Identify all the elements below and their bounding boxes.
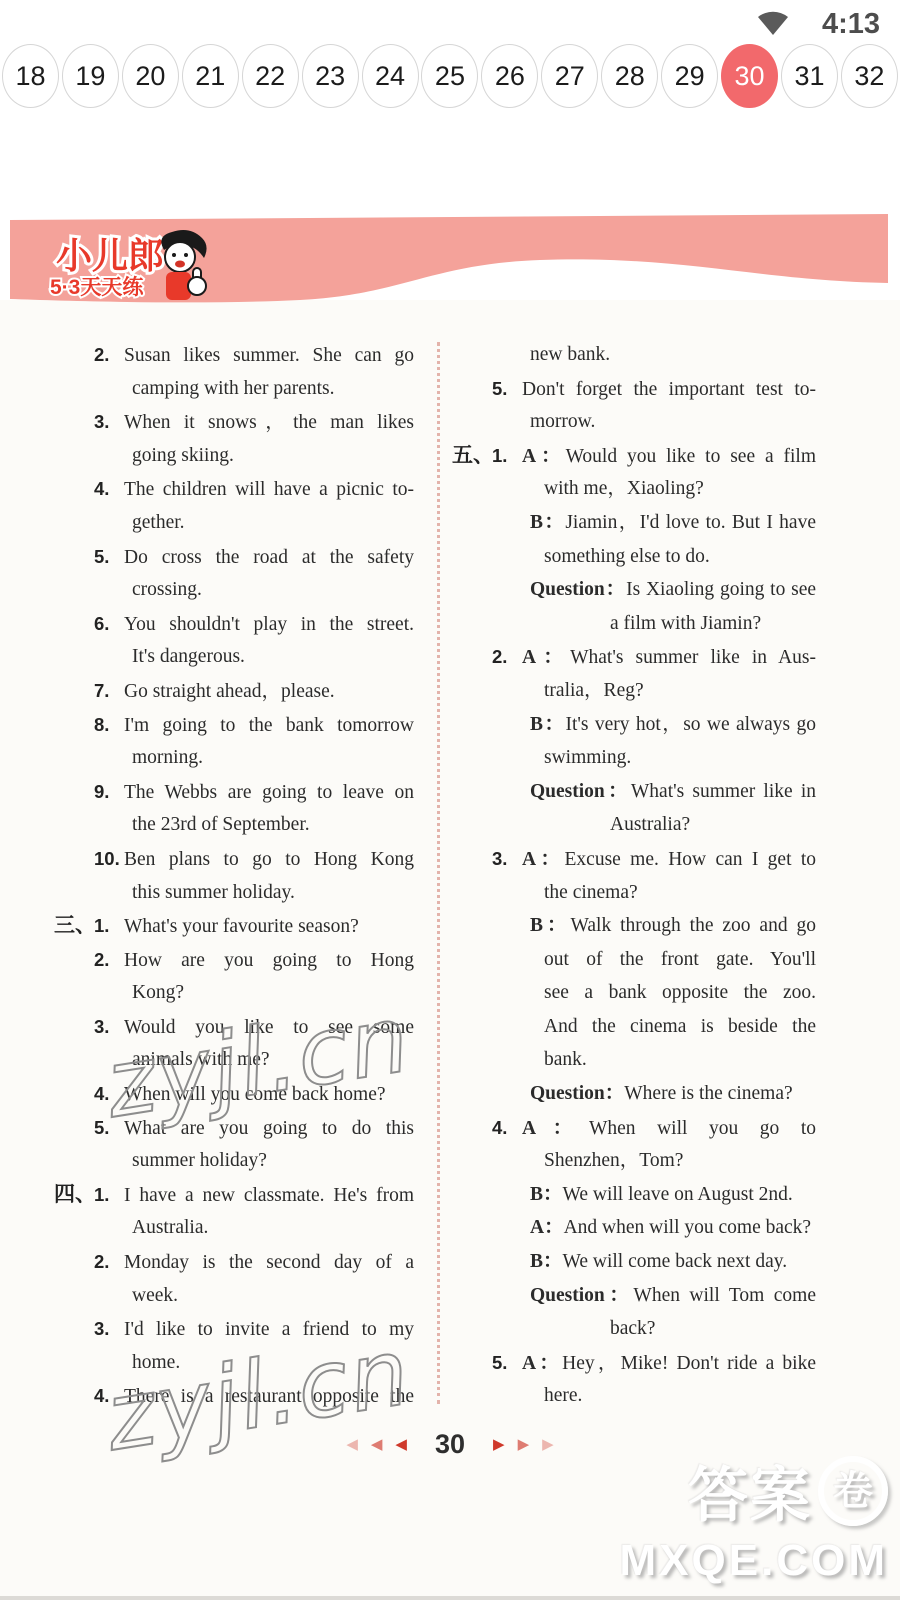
mascot-icon — [161, 230, 206, 300]
answer-line: camping with her parents. — [54, 372, 414, 406]
answer-line: Question：Is Xiaoling going to see — [452, 573, 816, 607]
watermark-zyjl: zyjl.cn — [100, 985, 460, 1165]
next-pages-icon[interactable]: ▶ ▶ ▶ — [493, 1435, 554, 1453]
answer-line: 五、1.A：Would you like to see a film — [452, 439, 816, 473]
page-25-button[interactable]: 25 — [421, 44, 478, 108]
answer-line: gether. — [54, 506, 414, 540]
answer-text: the cinema? — [522, 876, 816, 910]
answer-line: 6.You shouldn't play in the street. — [54, 607, 414, 641]
answer-line: 4.The children will have a picnic to- — [54, 472, 414, 506]
answer-line: 8.I'm going to the bank tomorrow — [54, 708, 414, 742]
answer-line: Australia. — [54, 1211, 414, 1245]
answer-text: something else to do. — [522, 540, 816, 574]
answer-line: It's dangerous. — [54, 640, 414, 674]
answer-text: bank. — [522, 1043, 816, 1077]
answer-line: 四、1.I have a new classmate. He's from — [54, 1178, 414, 1212]
speaker-label: A： — [522, 1353, 562, 1374]
speaker-label: B： — [530, 512, 565, 533]
section-marker: 五、 — [452, 439, 492, 473]
answer-line: Shenzhen，Tom? — [452, 1144, 816, 1178]
speaker-label: A： — [522, 849, 565, 870]
watermark-zyjl: zyjl.cn — [100, 1318, 460, 1498]
speaker-label: Question： — [530, 781, 631, 802]
answer-line: B：Jiamin，I'd love to. But I have — [452, 506, 816, 540]
answers-column-right: new bank.5.Don't forget the important te… — [452, 338, 816, 1413]
answer-line: 2.A：What's summer like in Aus- — [452, 640, 816, 674]
answer-text: The children will have a picnic to- — [124, 473, 414, 507]
speaker-label: A： — [522, 1118, 589, 1139]
item-number: 2. — [94, 1245, 124, 1279]
item-number: 1. — [492, 439, 522, 473]
item-number: 5. — [492, 372, 522, 406]
answer-text: tralia，Reg? — [522, 674, 816, 708]
item-number: 3. — [94, 405, 124, 439]
answer-text: A：Excuse me. How can I get to — [522, 843, 816, 877]
answer-text: Shenzhen，Tom? — [522, 1144, 816, 1178]
answer-text: B：It's very hot，so we always go — [522, 708, 816, 742]
answer-line: 3.A：Excuse me. How can I get to — [452, 842, 816, 876]
page-24-button[interactable]: 24 — [362, 44, 419, 108]
answer-line: with me，Xiaoling? — [452, 472, 816, 506]
page-23-button[interactable]: 23 — [302, 44, 359, 108]
answer-text: The Webbs are going to leave on — [124, 776, 414, 810]
answer-line: Australia? — [452, 808, 816, 842]
site-name: 答案 — [688, 1462, 812, 1529]
answer-text: B：We will come back next day. — [522, 1245, 816, 1279]
answer-text: How are you going to Hong — [124, 944, 414, 978]
item-number: 6. — [94, 607, 124, 641]
page-31-button[interactable]: 31 — [781, 44, 838, 108]
brand-logo: 小儿郎 5·3天天练 — [48, 228, 268, 308]
answer-text: You shouldn't play in the street. — [124, 608, 414, 642]
answer-text: here. — [522, 1379, 816, 1413]
speaker-label: B： — [530, 1184, 563, 1205]
answer-line: 4.A：When will you go to — [452, 1111, 816, 1145]
answer-text: morrow. — [522, 405, 816, 439]
answer-text: And the cinema is beside the — [522, 1010, 816, 1044]
answer-line: 5.Don't forget the important test to- — [452, 372, 816, 406]
item-number: 10. — [94, 842, 124, 876]
site-watermark: 答案卷 MXQE.COM — [620, 1448, 888, 1586]
answer-text: this summer holiday. — [124, 876, 414, 910]
answer-text: Question：When will Tom come — [522, 1279, 816, 1313]
answer-line: And the cinema is beside the — [452, 1010, 816, 1044]
answer-line: out of the front gate. You'll — [452, 943, 816, 977]
answers-column-left: 2.Susan likes summer. She can gocamping … — [54, 338, 414, 1413]
item-number: 4. — [492, 1111, 522, 1145]
page-selector: 181920212223242526272829303132 — [2, 44, 898, 108]
answer-text: Australia? — [522, 808, 816, 842]
page-20-button[interactable]: 20 — [122, 44, 179, 108]
answer-text: week. — [124, 1279, 414, 1313]
speaker-label: A： — [530, 1217, 564, 1238]
speaker-label: B： — [530, 915, 571, 936]
page-30-button[interactable]: 30 — [721, 44, 778, 108]
answer-line: a film with Jiamin? — [452, 607, 816, 641]
answer-line: morrow. — [452, 405, 816, 439]
answer-text: the 23rd of September. — [124, 808, 414, 842]
answer-text: When it snows，the man likes — [124, 406, 414, 440]
answer-line: 10.Ben plans to go to Hong Kong — [54, 842, 414, 876]
speaker-label: Question： — [530, 579, 626, 600]
answer-text: B：We will leave on August 2nd. — [522, 1178, 816, 1212]
answer-text: Question：What's summer like in — [522, 775, 816, 809]
clock: 4:13 — [822, 8, 880, 41]
item-number: 7. — [94, 674, 124, 708]
answer-line: Question：What's summer like in — [452, 775, 816, 809]
answer-text: gether. — [124, 506, 414, 540]
brand-series: 5·3天天练 — [50, 275, 144, 299]
item-number: 4. — [94, 472, 124, 506]
answer-text: out of the front gate. You'll — [522, 943, 816, 977]
item-number: 5. — [492, 1346, 522, 1380]
answer-text: Monday is the second day of a — [124, 1246, 414, 1280]
answer-text: Ben plans to go to Hong Kong — [124, 843, 414, 877]
answer-text: new bank. — [522, 338, 816, 372]
answer-line: new bank. — [452, 338, 816, 372]
answer-line: Question：When will Tom come — [452, 1279, 816, 1313]
page-27-button[interactable]: 27 — [541, 44, 598, 108]
answer-text: with me，Xiaoling? — [522, 472, 816, 506]
answer-text: Question：Where is the cinema? — [522, 1077, 816, 1111]
answer-text: see a bank opposite the zoo. — [522, 976, 816, 1010]
speaker-label: A： — [522, 647, 570, 668]
speaker-label: B： — [530, 714, 565, 735]
answer-text: A：When will you go to — [522, 1112, 816, 1146]
prev-pages-icon[interactable]: ◀ ◀ ◀ — [346, 1435, 407, 1453]
section-marker: 四、 — [54, 1178, 94, 1212]
page-18-button[interactable]: 18 — [2, 44, 59, 108]
answer-text: Susan likes summer. She can go — [124, 339, 414, 373]
page-29-button[interactable]: 29 — [661, 44, 718, 108]
answer-line: 2.Susan likes summer. She can go — [54, 338, 414, 372]
status-bar: 4:13 — [0, 0, 900, 42]
page-26-button[interactable]: 26 — [481, 44, 538, 108]
page-28-button[interactable]: 28 — [601, 44, 658, 108]
speaker-label: Question： — [530, 1083, 624, 1104]
answer-line: the cinema? — [452, 876, 816, 910]
screen-bottom-edge — [0, 1596, 900, 1600]
answer-text: A：Would you like to see a film — [522, 440, 816, 474]
brand-name: 小儿郎 — [56, 235, 164, 276]
answer-line: week. — [54, 1279, 414, 1313]
item-number: 2. — [94, 338, 124, 372]
answer-line: back? — [452, 1312, 816, 1346]
item-number: 8. — [94, 708, 124, 742]
wifi-icon — [756, 9, 790, 37]
answer-line: 三、1.What's your favourite season? — [54, 909, 414, 943]
answer-line: 5.A：Hey，Mike! Don't ride a bike — [452, 1346, 816, 1380]
item-number: 1. — [94, 909, 124, 943]
answer-line: swimming. — [452, 741, 816, 775]
answer-text: It's dangerous. — [124, 640, 414, 674]
answer-line: the 23rd of September. — [54, 808, 414, 842]
site-badge-icon: 卷 — [818, 1456, 888, 1526]
speaker-label: Question： — [530, 1285, 633, 1306]
answer-text: swimming. — [522, 741, 816, 775]
answer-line: 2.How are you going to Hong — [54, 943, 414, 977]
answer-text: I have a new classmate. He's from — [124, 1179, 414, 1213]
answer-text: back? — [522, 1312, 816, 1346]
answer-text: B：Walk through the zoo and go — [522, 909, 816, 943]
answer-line: 3.When it snows，the man likes — [54, 405, 414, 439]
answer-line: this summer holiday. — [54, 876, 414, 910]
page-22-button[interactable]: 22 — [242, 44, 299, 108]
answer-line: A：And when will you come back? — [452, 1211, 816, 1245]
answer-line: Question：Where is the cinema? — [452, 1077, 816, 1111]
answer-line: going skiing. — [54, 439, 414, 473]
answer-text: B：Jiamin，I'd love to. But I have — [522, 506, 816, 540]
item-number: 3. — [492, 842, 522, 876]
answer-text: A：And when will you come back? — [522, 1211, 816, 1245]
answer-line: 7.Go straight ahead，please. — [54, 674, 414, 708]
answer-text: camping with her parents. — [124, 372, 414, 406]
answer-text: I'm going to the bank tomorrow — [124, 709, 414, 743]
answer-line: B：Walk through the zoo and go — [452, 909, 816, 943]
answer-text: crossing. — [124, 573, 414, 607]
answer-line: morning. — [54, 741, 414, 775]
svg-text:zyjl.cn: zyjl.cn — [100, 985, 418, 1139]
answer-text: Australia. — [124, 1211, 414, 1245]
answer-text: going skiing. — [124, 439, 414, 473]
speaker-label: A： — [522, 446, 566, 467]
answer-text: A：Hey，Mike! Don't ride a bike — [522, 1347, 816, 1381]
screen: 4:13 181920212223242526272829303132 小儿郎 … — [0, 0, 900, 1600]
answer-line: something else to do. — [452, 540, 816, 574]
page-19-button[interactable]: 19 — [62, 44, 119, 108]
answer-line: here. — [452, 1379, 816, 1413]
answer-text: morning. — [124, 741, 414, 775]
answer-line: 9.The Webbs are going to leave on — [54, 775, 414, 809]
item-number: 9. — [94, 775, 124, 809]
item-number: 2. — [94, 943, 124, 977]
answer-line: crossing. — [54, 573, 414, 607]
answer-line: B：We will leave on August 2nd. — [452, 1178, 816, 1212]
answer-text: Don't forget the important test to- — [522, 373, 816, 407]
site-url: MXQE.COM — [620, 1536, 888, 1586]
item-number: 2. — [492, 640, 522, 674]
answer-line: bank. — [452, 1043, 816, 1077]
item-number: 1. — [94, 1178, 124, 1212]
page-number: 30 — [435, 1429, 465, 1460]
answer-text: a film with Jiamin? — [522, 607, 816, 641]
answer-line: B：We will come back next day. — [452, 1245, 816, 1279]
answer-text: Question：Is Xiaoling going to see — [522, 573, 816, 607]
page-21-button[interactable]: 21 — [182, 44, 239, 108]
page-32-button[interactable]: 32 — [841, 44, 898, 108]
item-number: 5. — [94, 540, 124, 574]
section-marker: 三、 — [54, 909, 94, 943]
answer-text: Do cross the road at the safety — [124, 541, 414, 575]
answer-text: A：What's summer like in Aus- — [522, 641, 816, 675]
answer-line: see a bank opposite the zoo. — [452, 976, 816, 1010]
answer-line: B：It's very hot，so we always go — [452, 708, 816, 742]
column-divider — [437, 342, 440, 1404]
answer-line: 2.Monday is the second day of a — [54, 1245, 414, 1279]
answer-text: Go straight ahead，please. — [124, 675, 414, 709]
speaker-label: B： — [530, 1251, 563, 1272]
answer-line: tralia，Reg? — [452, 674, 816, 708]
answer-line: 5.Do cross the road at the safety — [54, 540, 414, 574]
answer-text: What's your favourite season? — [124, 910, 414, 944]
